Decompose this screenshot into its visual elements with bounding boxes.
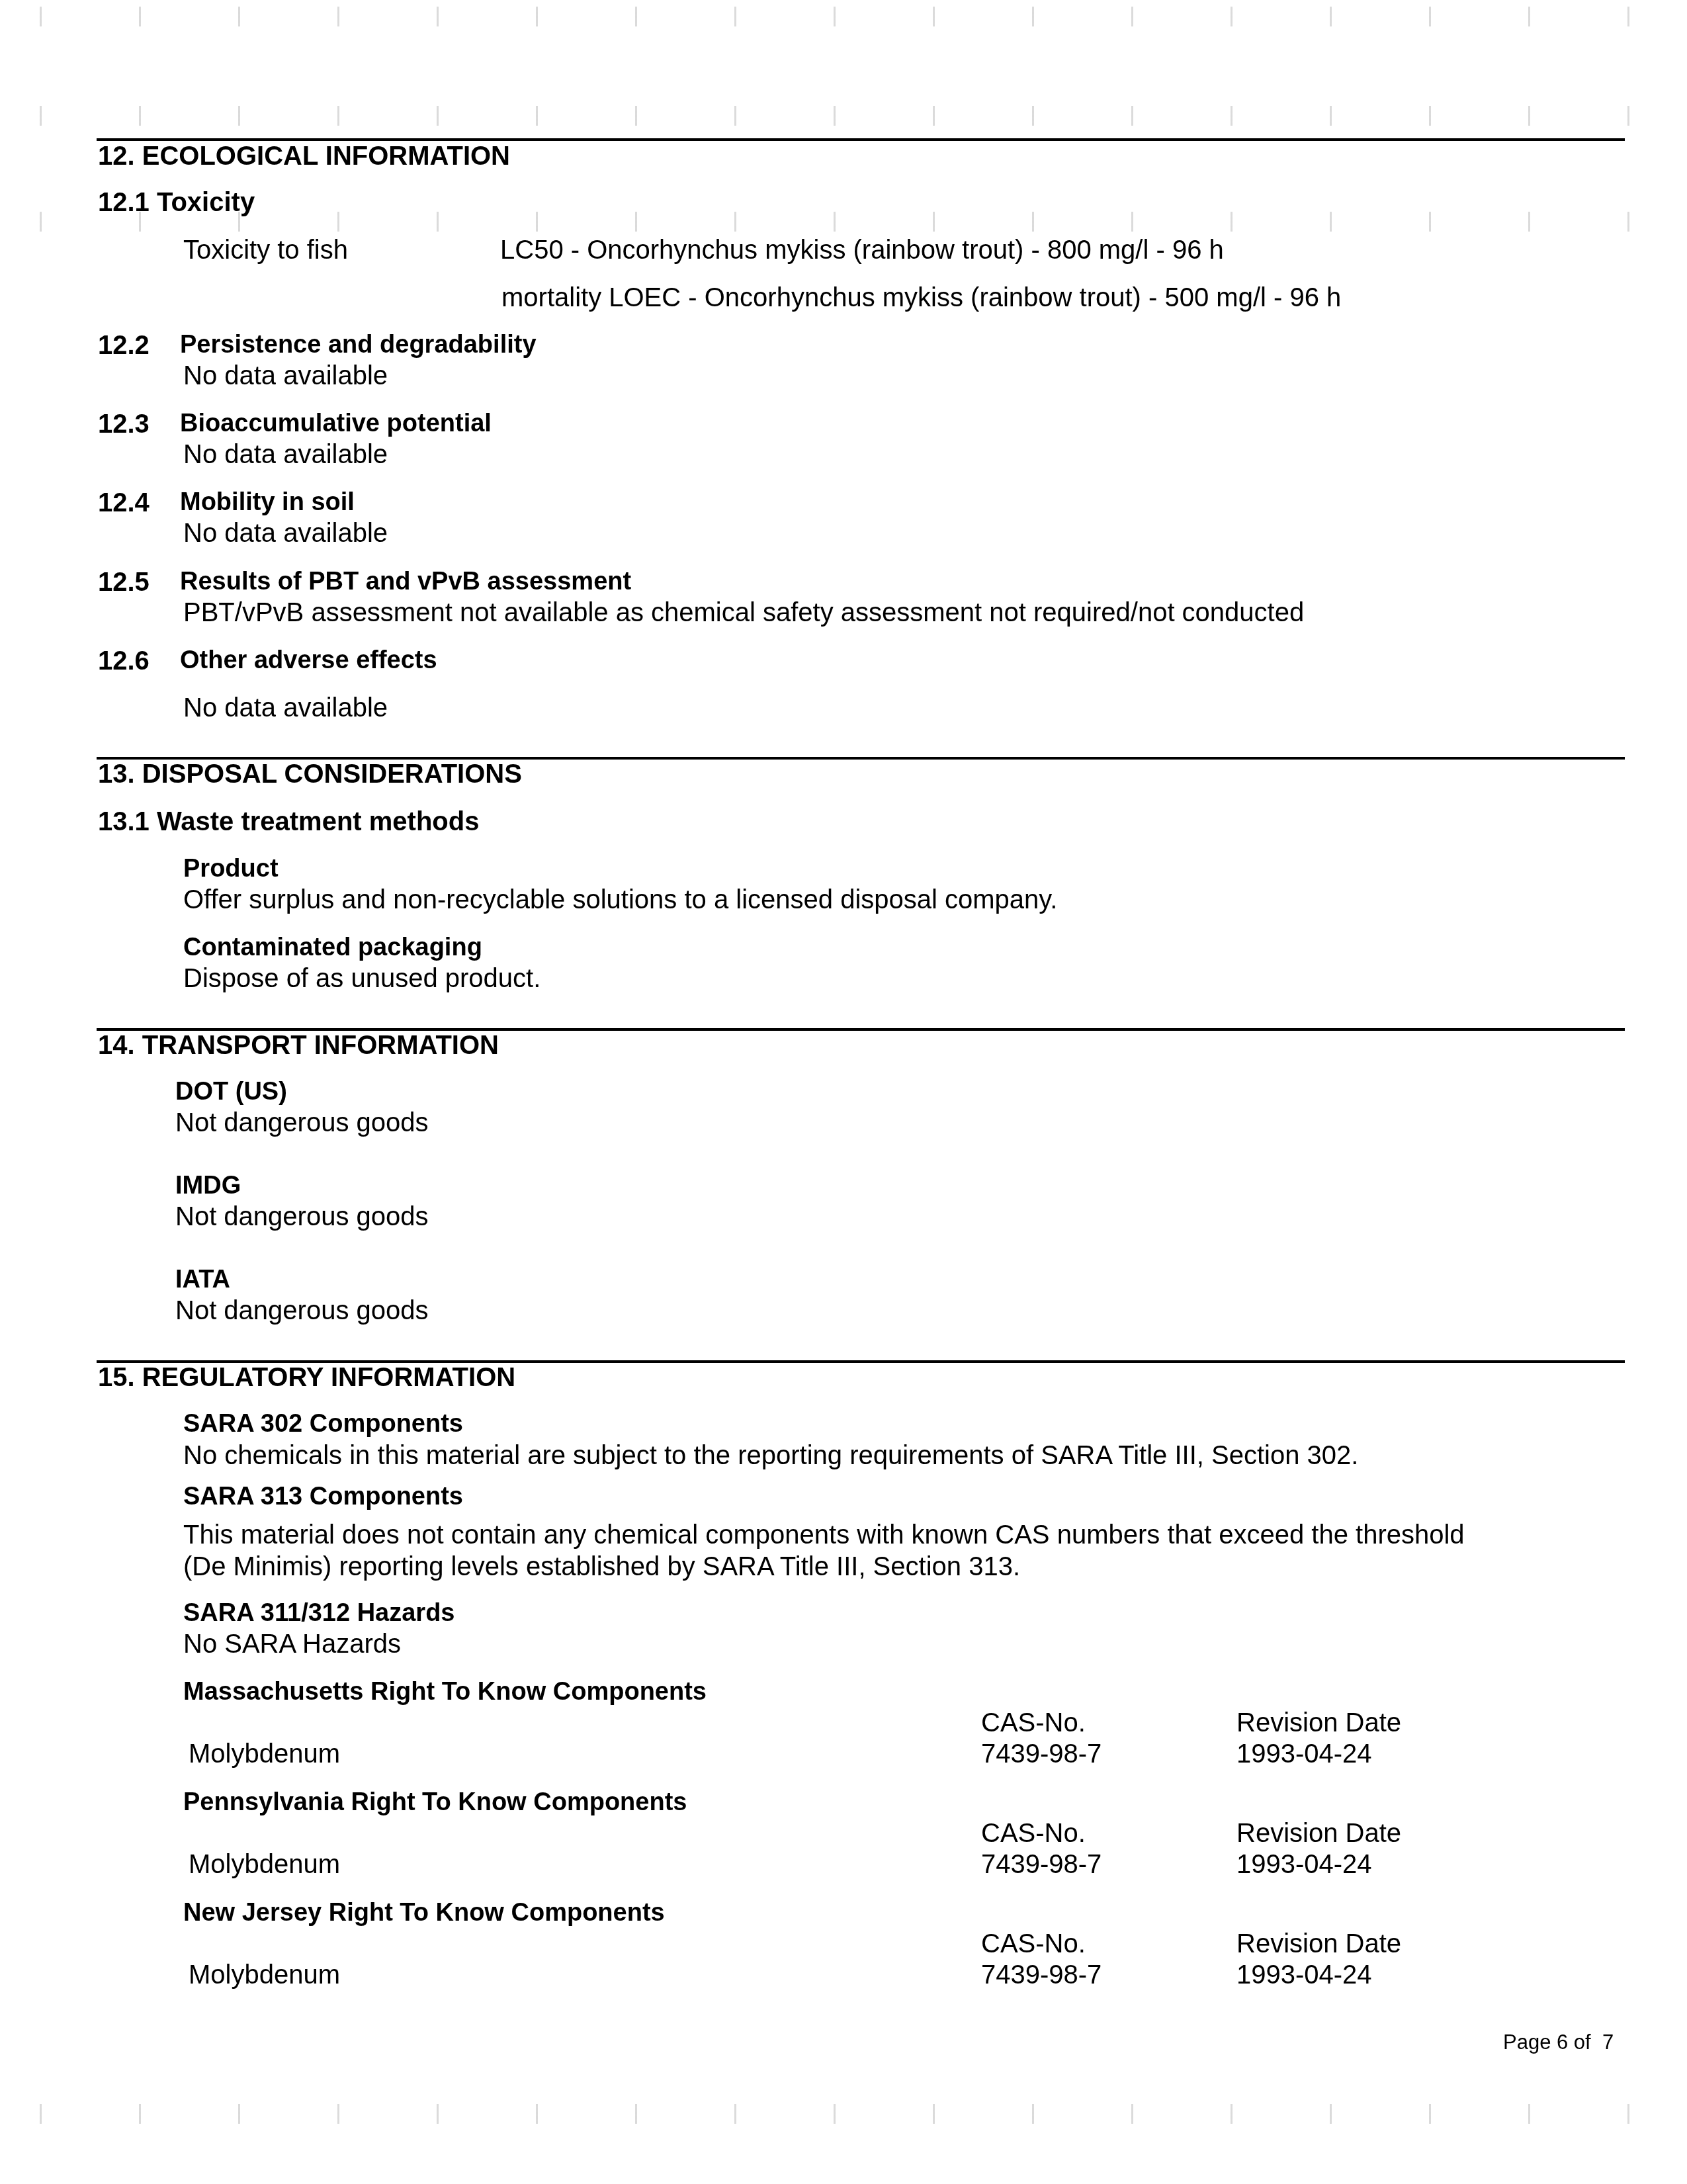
sara302-title: SARA 302 Components [183,1410,463,1438]
rtk-col-date: Revision Date [1236,1929,1401,1959]
background-pattern [0,2104,1687,2124]
section-14-title: 14. TRANSPORT INFORMATION [98,1031,499,1061]
rtk-title-massachusetts: Massachusetts Right To Know Components [183,1678,707,1706]
subsection-text: No data available [183,519,388,548]
background-pattern [0,106,1687,126]
transport-mode-text: Not dangerous goods [175,1108,429,1138]
rtk-row-name: Molybdenum [189,1739,340,1769]
disposal-item-title: Product [183,855,279,883]
rtk-row-name: Molybdenum [189,1850,340,1880]
subsection-text: No data available [183,693,388,723]
waste-treatment-heading: 13.1 Waste treatment methods [98,807,479,837]
rtk-row-date: 1993-04-24 [1236,1960,1372,1990]
sara311-title: SARA 311/312 Hazards [183,1599,455,1628]
section-15-title: 15. REGULATORY INFORMATION [98,1363,515,1393]
section-divider [97,138,1625,141]
subsection-title: Persistence and degradability [180,331,537,359]
transport-mode-text: Not dangerous goods [175,1202,429,1232]
subsection-title: Mobility in soil [180,488,355,517]
sara313-text: (De Minimis) reporting levels establishe… [183,1552,1020,1582]
rtk-row-date: 1993-04-24 [1236,1739,1372,1769]
sara311-text: No SARA Hazards [183,1630,401,1659]
rtk-col-cas: CAS-No. [981,1929,1086,1959]
subsection-number: 12.3 [98,410,150,439]
subsection-text: No data available [183,440,388,470]
rtk-title-pennsylvania: Pennsylvania Right To Know Components [183,1788,687,1817]
rtk-row-date: 1993-04-24 [1236,1850,1372,1880]
subsection-number: 12.5 [98,568,150,597]
sara313-title: SARA 313 Components [183,1483,463,1511]
rtk-col-date: Revision Date [1236,1819,1401,1849]
transport-mode-title: IMDG [175,1172,241,1200]
subsection-number: 12.4 [98,488,150,518]
rtk-col-date: Revision Date [1236,1708,1401,1738]
disposal-item-text: Dispose of as unused product. [183,964,541,994]
sara302-text: No chemicals in this material are subjec… [183,1441,1358,1471]
toxicity-value: mortality LOEC - Oncorhynchus mykiss (ra… [501,283,1341,313]
disposal-item-title: Contaminated packaging [183,934,482,962]
rtk-col-cas: CAS-No. [981,1819,1086,1849]
page-number: Page 6 of 7 [1503,2031,1614,2054]
rtk-row-cas: 7439-98-7 [981,1960,1102,1990]
transport-mode-title: DOT (US) [175,1078,287,1106]
subsection-text: No data available [183,361,388,391]
subsection-title: Other adverse effects [180,646,437,675]
subsection-number: 12.6 [98,646,150,676]
subsection-title: Bioaccumulative potential [180,410,492,438]
rtk-row-cas: 7439-98-7 [981,1739,1102,1769]
disposal-item-text: Offer surplus and non-recyclable solutio… [183,885,1057,915]
rtk-row-name: Molybdenum [189,1960,340,1990]
section-13-title: 13. DISPOSAL CONSIDERATIONS [98,760,522,789]
transport-mode-title: IATA [175,1266,230,1294]
subsection-title: Results of PBT and vPvB assessment [180,568,631,596]
rtk-row-cas: 7439-98-7 [981,1850,1102,1880]
background-pattern [0,7,1687,26]
subsection-number: 12.2 [98,331,150,361]
rtk-col-cas: CAS-No. [981,1708,1086,1738]
toxicity-heading: 12.1 Toxicity [98,188,255,218]
section-12-title: 12. ECOLOGICAL INFORMATION [98,142,510,171]
transport-mode-text: Not dangerous goods [175,1296,429,1326]
rtk-title-new-jersey: New Jersey Right To Know Components [183,1899,665,1927]
subsection-text: PBT/vPvB assessment not available as che… [183,598,1304,628]
toxicity-label: Toxicity to fish [183,236,348,265]
sara313-text: This material does not contain any chemi… [183,1520,1465,1550]
toxicity-value: LC50 - Oncorhynchus mykiss (rainbow trou… [500,236,1224,265]
